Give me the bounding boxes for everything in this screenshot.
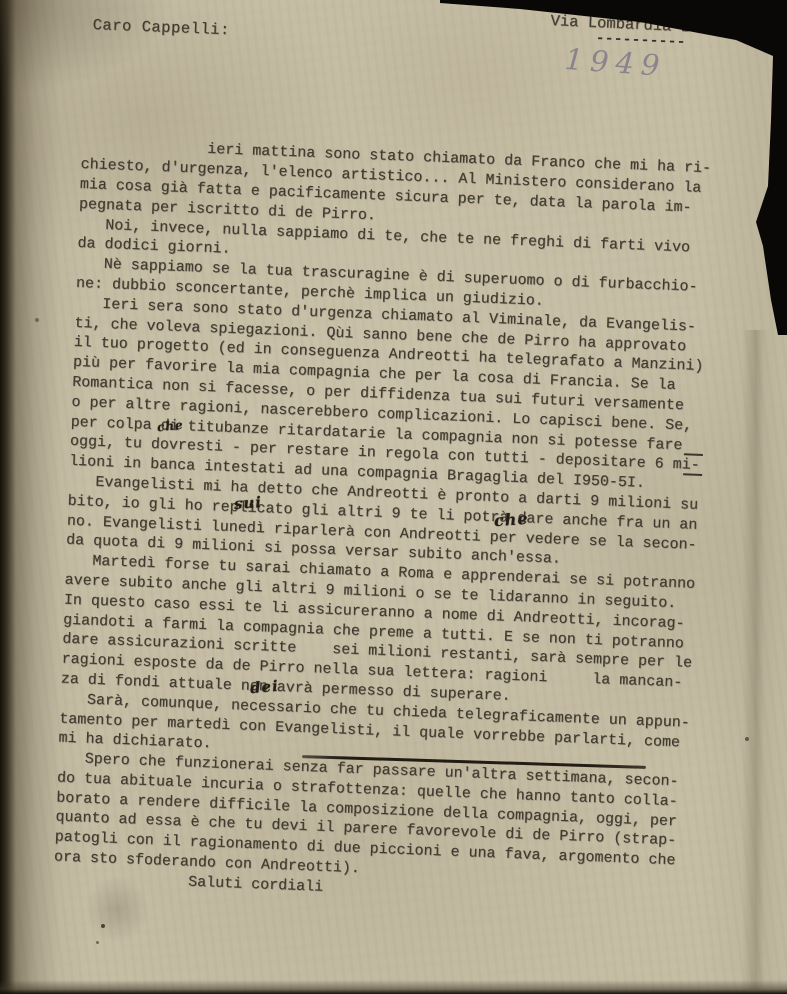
letter-body: ieri mattina sono stato chiamato da Fran… <box>53 76 744 912</box>
paper-speck <box>35 318 39 322</box>
handwritten-year: 1949 <box>564 42 668 83</box>
paper-speck <box>96 941 99 944</box>
bottom-edge-shadow <box>0 980 787 994</box>
handwritten-insertion-sui: sui <box>233 493 262 513</box>
handwritten-correction-dei: dei <box>249 677 279 697</box>
right-edge-crease <box>742 330 776 990</box>
paper-speck <box>101 924 105 928</box>
handwritten-insertion-che: che <box>493 509 529 530</box>
paper-speck <box>745 737 749 741</box>
scanned-letter-paper: Caro Cappelli: Via Lombardia I4 --------… <box>0 0 787 994</box>
left-edge-shadow <box>0 0 60 994</box>
handwritten-insertion-che: che <box>156 418 184 435</box>
